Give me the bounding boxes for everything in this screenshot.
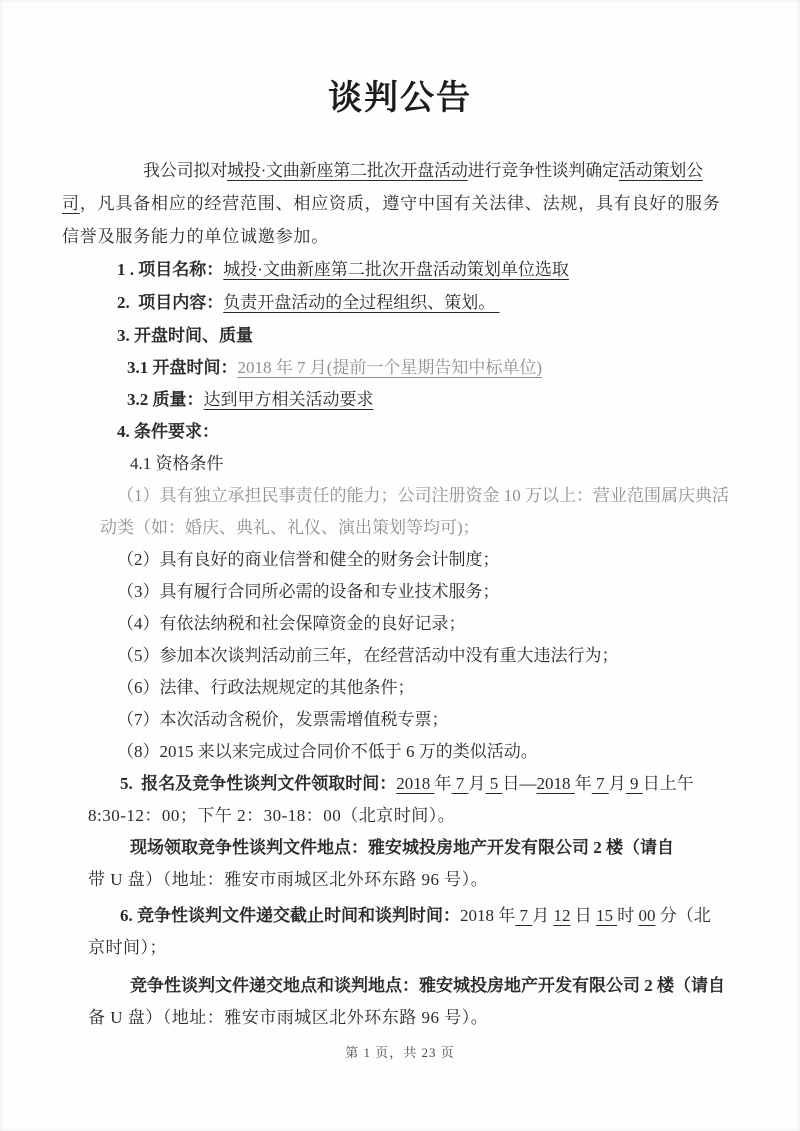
text-segment: 年 xyxy=(435,774,452,793)
text-segment: 4. 条件要求： xyxy=(117,422,219,441)
document-line: 我公司拟对城投·文曲新座第二批次开盘活动进行竞争性谈判确定活动策划公 xyxy=(143,154,800,187)
text-segment: 月 xyxy=(609,774,626,793)
text-segment: 京时间）； xyxy=(88,938,167,957)
document-line: 4. 条件要求： xyxy=(117,416,800,448)
text-segment: 2018 年 xyxy=(460,906,515,925)
underlined-text: 2018 xyxy=(537,774,575,793)
text-segment: 动类（如：婚庆、典礼、礼仪、演出策划等均可)； xyxy=(100,518,480,537)
text-segment: 进行竞争性谈判确定 xyxy=(468,161,619,180)
text-segment: 8:30-12：00；下午 2：30-18：00（北京时间）。 xyxy=(88,806,455,825)
underlined-text: 7 xyxy=(592,774,609,793)
text-segment: 3. 开盘时间、质量 xyxy=(117,326,253,345)
underlined-text: 9 xyxy=(626,774,643,793)
document-line: 信誉及服务能力的单位诚邀参加。 xyxy=(62,220,800,253)
underlined-text: 城投·文曲新座第二批次开盘活动 xyxy=(227,161,468,180)
document-line: （7）本次活动含税价，发票需增值税专票； xyxy=(117,704,800,736)
text-segment: （7）本次活动含税价，发票需增值税专票； xyxy=(117,710,449,729)
document-line: 司，凡具备相应的经营范围、相应资质，遵守中国有关法律、法规，具有良好的服务 xyxy=(62,187,800,220)
text-segment: （3）具有履行合同所必需的设备和专业技术服务； xyxy=(117,582,500,601)
text-segment: 带 U 盘）（地址：雅安市雨城区北外环东路 96 号）。 xyxy=(88,870,488,889)
text-segment: 现场领取竞争性谈判文件地点：雅安城投房地产开发有限公司 2 楼（请自 xyxy=(130,838,674,857)
underlined-text: 15 xyxy=(596,906,617,925)
text-segment: 我公司拟对 xyxy=(143,161,227,180)
document-line: 备 U 盘）（地址：雅安市雨城区北外环东路 96 号）。 xyxy=(88,1002,800,1034)
underlined-text: 达到甲方相关活动要求 xyxy=(204,390,374,409)
text-segment: 月 xyxy=(532,906,553,925)
document-line: 竞争性谈判文件递交地点和谈判地点：雅安城投房地产开发有限公司 2 楼（请自 xyxy=(130,970,800,1002)
text-segment: 3.1 开盘时间： xyxy=(127,358,238,377)
document-line: 5. 报名及竞争性谈判文件领取时间：2018 年 7 月 5 日—2018 年 … xyxy=(120,768,800,800)
document-line: （4）有依法纳税和社会保障资金的良好记录； xyxy=(117,608,800,640)
text-segment: 4.1 资格条件 xyxy=(130,454,224,473)
text-segment: 6. 竞争性谈判文件递交截止时间和谈判时间： xyxy=(120,906,460,925)
text-segment: 分（北 xyxy=(656,906,711,925)
text-segment: 竞争性谈判文件递交地点和谈判地点：雅安城投房地产开发有限公司 2 楼（请自 xyxy=(130,976,725,995)
underlined-text: 司 xyxy=(62,194,80,213)
text-segment: 日上午 xyxy=(643,774,694,793)
text-segment: 2. 项目内容： xyxy=(117,293,223,312)
document-line: 动类（如：婚庆、典礼、礼仪、演出策划等均可)； xyxy=(100,512,800,544)
underlined-text: 2018 年 7 月(提前一个星期告知中标单位) xyxy=(238,358,543,377)
document-body: 我公司拟对城投·文曲新座第二批次开盘活动进行竞争性谈判确定活动策划公司，凡具备相… xyxy=(0,154,800,1034)
text-segment: 备 U 盘）（地址：雅安市雨城区北外环东路 96 号）。 xyxy=(88,1008,488,1027)
text-segment: （5）参加本次谈判活动前三年，在经营活动中没有重大违法行为； xyxy=(117,646,619,665)
text-segment: （6）法律、行政法规规定的其他条件； xyxy=(117,678,415,697)
text-segment: 时 xyxy=(617,906,638,925)
document-line: 2. 项目内容：负责开盘活动的全过程组织、策划。 xyxy=(117,286,800,319)
text-segment: 月 xyxy=(469,774,486,793)
document-line: 现场领取竞争性谈判文件地点：雅安城投房地产开发有限公司 2 楼（请自 xyxy=(130,832,800,864)
text-segment: （8）2015 来以来完成过合同价不低于 6 万的类似活动。 xyxy=(117,742,538,761)
document-line: （2）具有良好的商业信誉和健全的财务会计制度； xyxy=(117,544,800,576)
underlined-text: 12 xyxy=(554,906,571,925)
text-segment: （4）有依法纳税和社会保障资金的良好记录； xyxy=(117,614,466,633)
underlined-text: 7 xyxy=(515,906,532,925)
text-segment: 1 . 项目名称： xyxy=(117,260,223,279)
text-segment: 5. 报名及竞争性谈判文件领取时间： xyxy=(120,774,396,793)
underlined-text: 5 xyxy=(486,774,503,793)
underlined-text: 2018 xyxy=(396,774,434,793)
document-page: 谈判公告 我公司拟对城投·文曲新座第二批次开盘活动进行竞争性谈判确定活动策划公司… xyxy=(0,0,800,1131)
underlined-text: 负责开盘活动的全过程组织、策划。 xyxy=(223,293,499,312)
page-footer: 第 1 页，共 23 页 xyxy=(0,1038,800,1068)
text-segment: 信誉及服务能力的单位诚邀参加。 xyxy=(62,227,329,246)
document-line: 8:30-12：00；下午 2：30-18：00（北京时间）。 xyxy=(88,800,800,832)
document-line: （6）法律、行政法规规定的其他条件； xyxy=(117,672,800,704)
underlined-text: 00 xyxy=(639,906,656,925)
document-line: 带 U 盘）（地址：雅安市雨城区北外环东路 96 号）。 xyxy=(88,864,800,896)
text-segment: （1）具有独立承担民事责任的能力；公司注册资金 10 万以上：营业范围属庆典活 xyxy=(117,486,729,505)
text-segment: 3.2 质量： xyxy=(127,390,204,409)
document-line: 1 . 项目名称：城投·文曲新座第二批次开盘活动策划单位选取 xyxy=(117,253,800,286)
text-segment: 日— xyxy=(503,774,537,793)
document-line: 4.1 资格条件 xyxy=(130,448,800,480)
document-line: 京时间）； xyxy=(88,932,800,964)
document-line: （3）具有履行合同所必需的设备和专业技术服务； xyxy=(117,576,800,608)
text-segment: （2）具有良好的商业信誉和健全的财务会计制度； xyxy=(117,550,500,569)
document-line: 3. 开盘时间、质量 xyxy=(117,319,800,352)
document-line: （8）2015 来以来完成过合同价不低于 6 万的类似活动。 xyxy=(117,736,800,768)
text-segment: 年 xyxy=(575,774,592,793)
document-line: 3.1 开盘时间：2018 年 7 月(提前一个星期告知中标单位) xyxy=(127,352,800,384)
document-line: （1）具有独立承担民事责任的能力；公司注册资金 10 万以上：营业范围属庆典活 xyxy=(117,480,800,512)
text-segment: ，凡具备相应的经营范围、相应资质，遵守中国有关法律、法规，具有良好的服务 xyxy=(80,194,721,213)
underlined-text: 7 xyxy=(452,774,469,793)
underlined-text: 城投·文曲新座第二批次开盘活动策划单位选取 xyxy=(223,260,569,279)
document-line: （5）参加本次谈判活动前三年，在经营活动中没有重大违法行为； xyxy=(117,640,800,672)
underlined-text: 活动策划公 xyxy=(619,161,703,180)
page-title: 谈判公告 xyxy=(0,76,800,122)
document-line: 6. 竞争性谈判文件递交截止时间和谈判时间：2018 年 7 月 12 日 15… xyxy=(120,900,800,932)
document-line: 3.2 质量：达到甲方相关活动要求 xyxy=(127,384,800,416)
text-segment: 日 xyxy=(571,906,597,925)
